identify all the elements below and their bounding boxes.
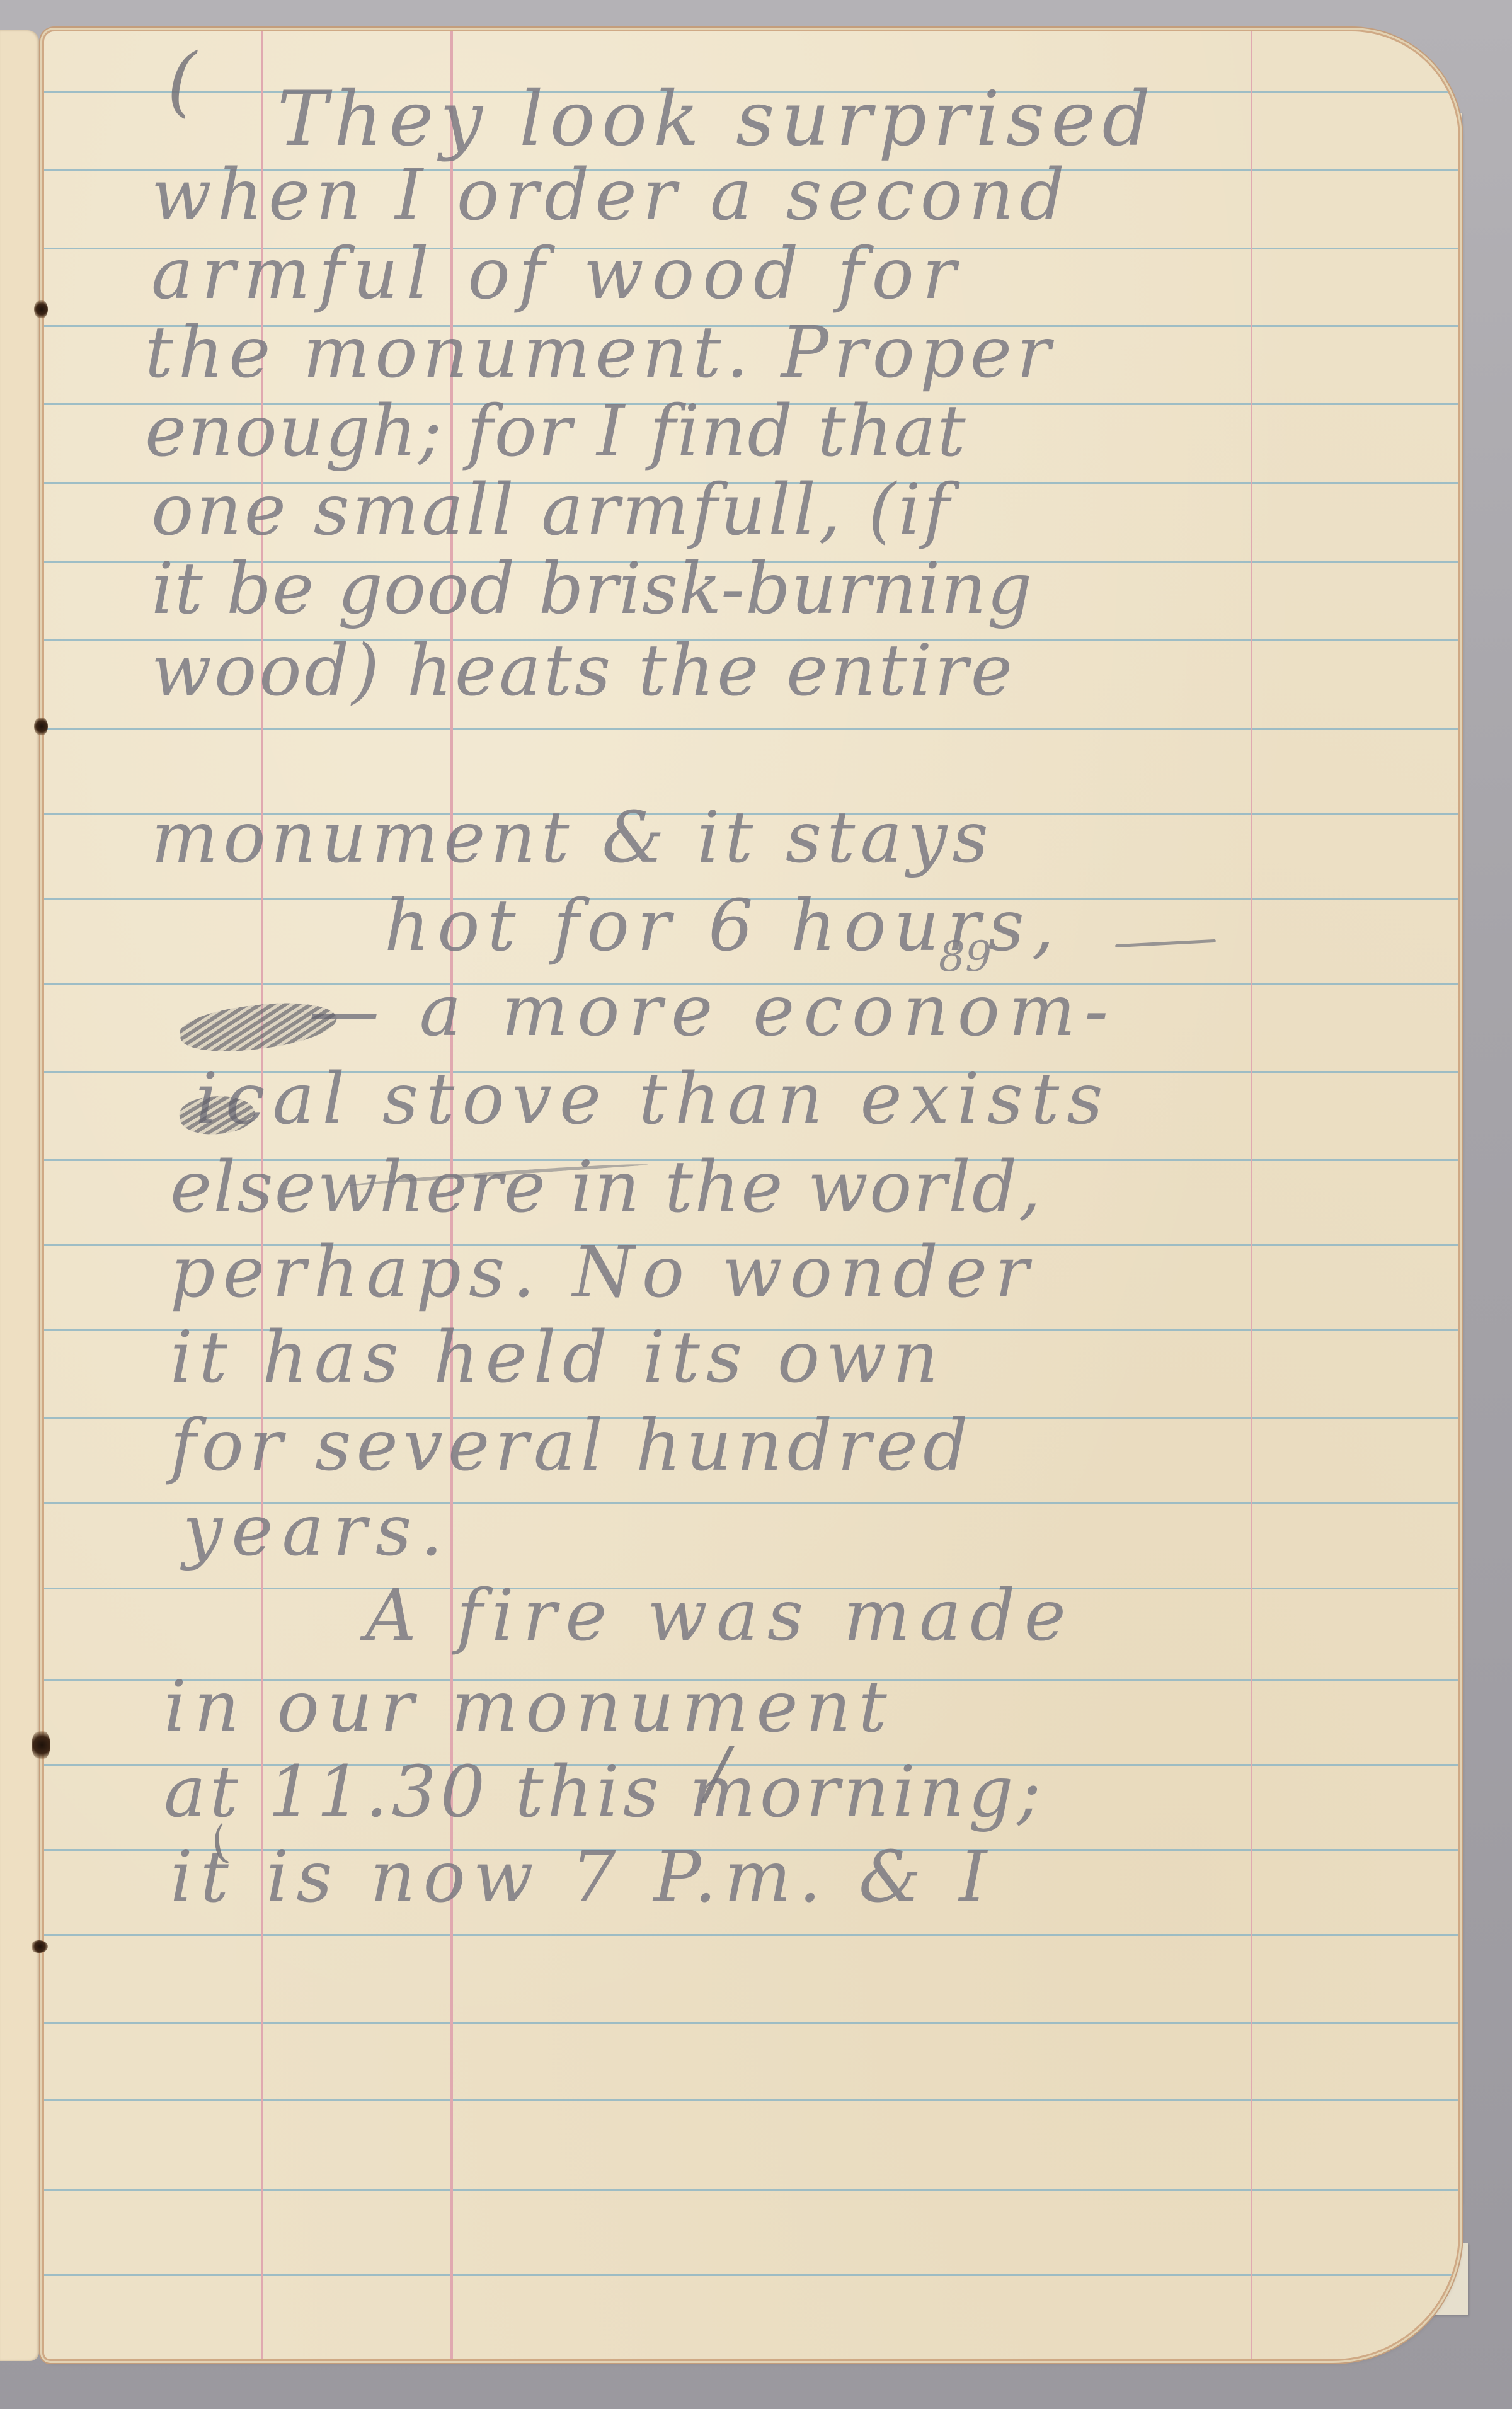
binding-hole (34, 300, 48, 319)
ruled-line (44, 2189, 1458, 2191)
notebook-page: ( / ( They look surprised when I order a… (44, 31, 1458, 2359)
text-line: They look surprised (277, 76, 1157, 163)
text-line: it be good brisk-burning (151, 548, 1033, 630)
ruled-line (44, 1934, 1458, 1936)
text-line: A fire was made (365, 1575, 1075, 1657)
interlinear-insertion: 89 (939, 932, 992, 981)
text-line: armful of wood for (151, 233, 964, 315)
paragraph-mark: ( (167, 38, 197, 125)
text-line: one small armfull, (if (151, 469, 952, 551)
ruled-line (44, 728, 1458, 730)
text-line: years. (183, 1490, 452, 1572)
text-line: elsewhere in the world, (170, 1147, 1042, 1228)
text-line: perhaps. No wonder (170, 1232, 1036, 1313)
facing-page-edge (0, 30, 39, 2361)
binding-hole (30, 1940, 48, 1953)
text-line: ical stove than exists (195, 1058, 1111, 1140)
right-margin-line (1251, 31, 1252, 2359)
binding-hole (31, 1729, 50, 1761)
ruled-line (44, 2099, 1458, 2101)
text-line: — a more econom- (309, 970, 1117, 1052)
binding-hole (34, 717, 48, 736)
text-line: monument & it stays (151, 797, 994, 879)
text-line: at 11.30 this morning; (164, 1751, 1045, 1833)
text-line: the monument. Proper (145, 312, 1056, 394)
ruled-line (44, 2022, 1458, 2024)
text-line: it has held its own (170, 1317, 944, 1399)
text-line: in our monument (164, 1666, 895, 1748)
text-line: enough; for I find that (145, 391, 967, 472)
text-line: when I order a second (151, 154, 1070, 236)
ruled-line (44, 2274, 1458, 2276)
text-line: it is now 7 P.m. & I (170, 1836, 994, 1918)
text-line: wood) heats the entire (151, 630, 1015, 712)
text-line: for several hundred (170, 1405, 973, 1487)
